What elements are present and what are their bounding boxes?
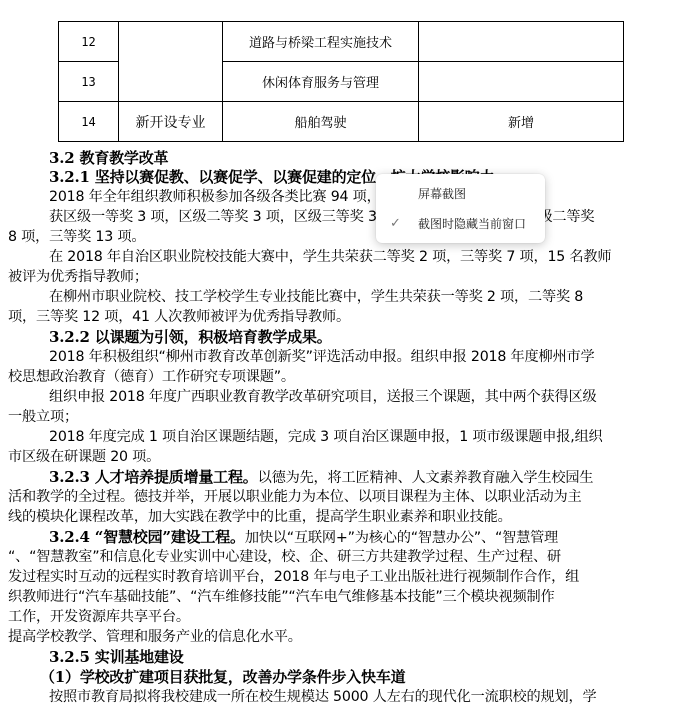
paragraph-3-2-4-line: 3.2.4 “智慧校园”建设工程。加快以“互联网+”为核心的“智慧办公”、“智慧…	[49, 527, 678, 547]
paragraph-line: 市区级在研课题 20 项。	[8, 447, 678, 467]
heading-3-2-1: 3.2.1 坚持以赛促教、以赛促学、以赛促建的定位，扩大学校影响力	[49, 167, 678, 187]
document-page: 12 道路与桥梁工程实施技术 13 休闲体育服务与管理 14 新开设专业 船舶驾…	[0, 0, 678, 723]
majors-table: 12 道路与桥梁工程实施技术 13 休闲体育服务与管理 14 新开设专业 船舶驾…	[58, 21, 624, 142]
row-number: 14	[59, 102, 119, 142]
table-row: 14 新开设专业 船舶驾驶 新增	[59, 102, 624, 142]
paragraph-text: 加快以“互联网+”为核心的“智慧办公”、“智慧管理	[245, 530, 558, 546]
row-major-name: 休闲体育服务与管理	[223, 62, 419, 102]
heading-3-2-3: 3.2.3 人才培养提质增量工程。	[49, 468, 258, 486]
check-icon: ✓	[390, 210, 401, 238]
paragraph-line: 在 2018 年自治区职业院校技能大赛中，学生共荣获二等奖 2 项，三等奖 7 …	[49, 247, 678, 267]
paragraph-line: 一般立项；	[8, 407, 678, 427]
paragraph-3-2-3-line: 3.2.3 人才培养提质增量工程。以德为先，将工匠精神、人文素养教育融入学生校园…	[49, 467, 678, 487]
paragraph-line: 2018 年度完成 1 项自治区课题结题，完成 3 项自治区课题申报，1 项市级…	[49, 427, 678, 447]
paragraph-line: 项，三等奖 12 项，41 人次教师被评为优秀指导教师。	[8, 307, 678, 327]
menu-item-label: 屏幕截图	[418, 180, 466, 208]
heading-3-2: 3.2 教育教学改革	[49, 148, 678, 168]
paragraph-line: 2018 年积极组织“柳州市教育改革创新奖”评选活动申报。组织申报 2018 年…	[49, 347, 678, 367]
menu-item-label: 截图时隐藏当前窗口	[418, 210, 526, 238]
menu-item-screenshot[interactable]: 屏幕截图	[376, 180, 545, 208]
row-number: 13	[59, 62, 119, 102]
row-note	[419, 62, 624, 102]
row-note: 新增	[419, 102, 624, 142]
table-row: 12 道路与桥梁工程实施技术	[59, 22, 624, 62]
row-major-name: 道路与桥梁工程实施技术	[223, 22, 419, 62]
paragraph-line: 被评为优秀指导教师；	[8, 267, 678, 287]
paragraph-line: 获区级一等奖 3 项，区级二等奖 3 项，区级三等奖 3 项，市级一等奖 3 项…	[49, 207, 678, 227]
paragraph-line: 线的模块化课程改革，加大实践在教学中的比重，提高学生职业素养和职业技能。	[8, 507, 678, 527]
paragraph-line: 织教师进行“汽车基础技能”、“汽车维修技能”“汽车电气维修基本技能”三个模块视频…	[8, 587, 678, 607]
paragraph-line: 组织申报 2018 年度广西职业教育教学改革研究项目，送报三个课题，其中两个获得…	[49, 387, 678, 407]
heading-3-2-5: 3.2.5 实训基地建设	[49, 647, 678, 667]
row-note	[419, 22, 624, 62]
paragraph-line: 在柳州市职业院校、技工学校学生专业技能比赛中，学生共荣获一等奖 2 项，二等奖 …	[49, 287, 678, 307]
paragraph-line: 8 项，三等奖 13 项。	[8, 227, 678, 247]
heading-3-2-4: 3.2.4 “智慧校园”建设工程。	[49, 528, 245, 546]
paragraph-line: 校思想政治教育（德育）工作研究专项课题”。	[8, 367, 678, 387]
screenshot-context-menu: 屏幕截图 ✓ 截图时隐藏当前窗口	[376, 174, 545, 243]
paragraph-line: “、“智慧教室”和信息化专业实训中心建设，校、企、研三方共建教学过程、生产过程、…	[8, 547, 678, 567]
paragraph-line: 提高学校教学、管理和服务产业的信息化水平。	[8, 627, 678, 647]
row-category	[119, 22, 223, 102]
row-number: 12	[59, 22, 119, 62]
menu-item-hide-window-on-capture[interactable]: ✓ 截图时隐藏当前窗口	[376, 210, 545, 238]
paragraph-line: 工作，开发资源库共享平台。	[8, 607, 678, 627]
subheading-1: （1）学校改扩建项目获批复，改善办学条件步入快车道	[40, 667, 669, 687]
paragraph-line: 活和教学的全过程。德技并举，开展以职业能力为本位、以项目课程为主体、以职业活动为…	[8, 487, 678, 507]
paragraph-line: 发过程实时互动的远程实时教育培训平台，2018 年与电子工业出版社进行视频制作合…	[8, 567, 678, 587]
paragraph-line: 2018 年全年组织教师积极参加各级各类比赛 94 项，	[49, 187, 678, 207]
row-category: 新开设专业	[119, 102, 223, 142]
row-major-name: 船舶驾驶	[223, 102, 419, 142]
heading-3-2-2: 3.2.2 以课题为引领，积极培育教学成果。	[49, 327, 678, 347]
paragraph-line: 按照市教育局拟将我校建成一所在校生规模达 5000 人左右的现代化一流职校的规划…	[49, 687, 678, 707]
paragraph-text: 以德为先，将工匠精神、人文素养教育融入学生校园生	[258, 470, 594, 486]
